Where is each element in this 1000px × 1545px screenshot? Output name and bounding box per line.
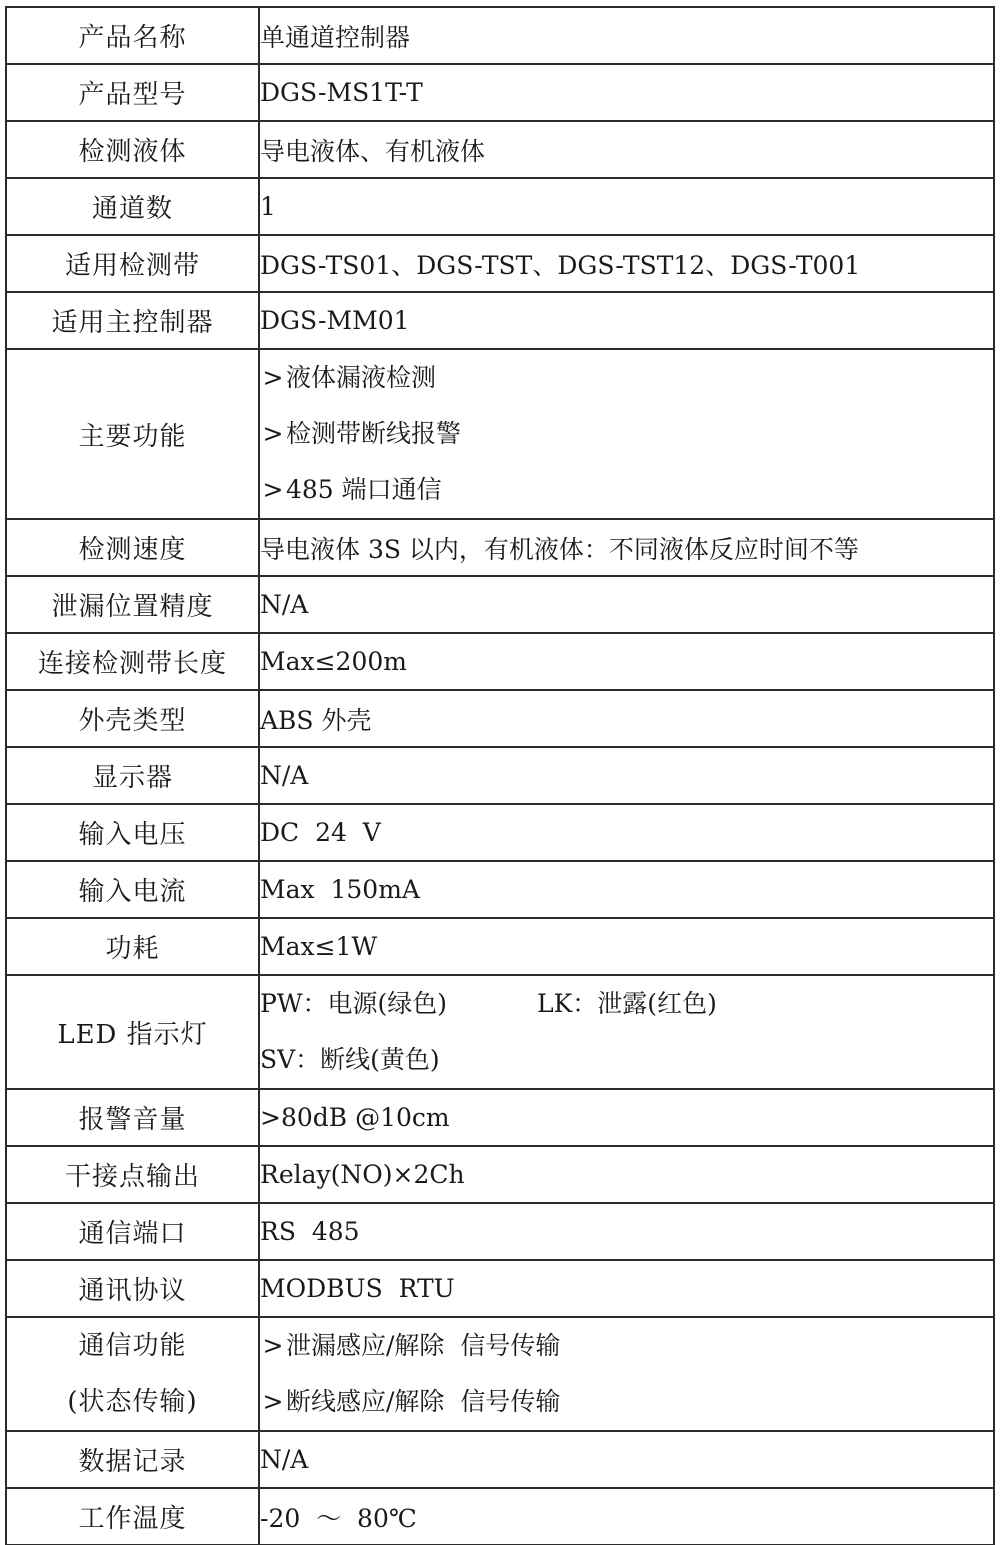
spec-row-display: 显示器 N/A xyxy=(6,747,994,804)
spec-label: LED 指示灯 xyxy=(6,975,259,1089)
comm-function-item: >泄漏感应/解除 信号传输 xyxy=(260,1318,993,1374)
spec-value-list: >液体漏液检测 >检测带断线报警 >485 端口通信 xyxy=(259,349,994,519)
spec-value: DC 24 V xyxy=(259,804,994,861)
spec-value: N/A xyxy=(259,1431,994,1488)
spec-row-detect-speed: 检测速度 导电液体 3S 以内，有机液体：不同液体反应时间不等 xyxy=(6,519,994,576)
spec-row-product-name: 产品名称 单通道控制器 xyxy=(6,7,994,64)
spec-label: 外壳类型 xyxy=(6,690,259,747)
spec-row-dry-contact: 干接点输出 Relay(NO)×2Ch xyxy=(6,1146,994,1203)
spec-label: 数据记录 xyxy=(6,1431,259,1488)
spec-value: >80dB @10cm xyxy=(259,1089,994,1146)
spec-row-master-controller: 适用主控制器 DGS-MM01 xyxy=(6,292,994,349)
spec-value: DGS-MM01 xyxy=(259,292,994,349)
spec-row-input-voltage: 输入电压 DC 24 V xyxy=(6,804,994,861)
spec-value: RS 485 xyxy=(259,1203,994,1260)
spec-row-enclosure: 外壳类型 ABS 外壳 xyxy=(6,690,994,747)
spec-value: Max≤1W xyxy=(259,918,994,975)
spec-value-list: >泄漏感应/解除 信号传输 >断线感应/解除 信号传输 xyxy=(259,1317,994,1431)
spec-row-comm-port: 通信端口 RS 485 xyxy=(6,1203,994,1260)
spec-label: 功耗 xyxy=(6,918,259,975)
spec-value: DGS-MS1T-T xyxy=(259,64,994,121)
spec-row-led: LED 指示灯 PW：电源(绿色)LK：泄露(红色) SV：断线(黄色) xyxy=(6,975,994,1089)
spec-row-data-logging: 数据记录 N/A xyxy=(6,1431,994,1488)
spec-label: 工作温度 xyxy=(6,1488,259,1545)
led-line: SV：断线(黄色) xyxy=(260,1032,993,1088)
spec-row-model: 产品型号 DGS-MS1T-T xyxy=(6,64,994,121)
spec-value: N/A xyxy=(259,747,994,804)
spec-label: 报警音量 xyxy=(6,1089,259,1146)
chevron-right-icon: > xyxy=(260,1318,286,1374)
spec-row-main-functions: 主要功能 >液体漏液检测 >检测带断线报警 >485 端口通信 xyxy=(6,349,994,519)
spec-value: Relay(NO)×2Ch xyxy=(259,1146,994,1203)
chevron-right-icon: > xyxy=(260,462,286,518)
spec-label: 干接点输出 xyxy=(6,1146,259,1203)
spec-value: ABS 外壳 xyxy=(259,690,994,747)
product-spec-table: 产品名称 单通道控制器 产品型号 DGS-MS1T-T 检测液体 导电液体、有机… xyxy=(5,6,995,1545)
function-item: >485 端口通信 xyxy=(260,462,993,518)
spec-value: 导电液体、有机液体 xyxy=(259,121,994,178)
spec-label: 产品名称 xyxy=(6,7,259,64)
spec-label: 连接检测带长度 xyxy=(6,633,259,690)
spec-label: 显示器 xyxy=(6,747,259,804)
function-item: >液体漏液检测 xyxy=(260,350,993,406)
spec-label: 通信功能 (状态传输) xyxy=(6,1317,259,1431)
spec-row-sensor-cable: 适用检测带 DGS-TS01、DGS-TST、DGS-TST12、DGS-T00… xyxy=(6,235,994,292)
spec-label: 通讯协议 xyxy=(6,1260,259,1317)
chevron-right-icon: > xyxy=(260,406,286,462)
spec-row-cable-length: 连接检测带长度 Max≤200m xyxy=(6,633,994,690)
spec-row-detect-liquid: 检测液体 导电液体、有机液体 xyxy=(6,121,994,178)
spec-value: -20 ～ 80℃ xyxy=(259,1488,994,1545)
spec-value: 1 xyxy=(259,178,994,235)
spec-label: 泄漏位置精度 xyxy=(6,576,259,633)
spec-label: 检测速度 xyxy=(6,519,259,576)
spec-value: 单通道控制器 xyxy=(259,7,994,64)
spec-row-operating-temp: 工作温度 -20 ～ 80℃ xyxy=(6,1488,994,1545)
spec-label: 适用检测带 xyxy=(6,235,259,292)
spec-row-alarm-volume: 报警音量 >80dB @10cm xyxy=(6,1089,994,1146)
spec-value: Max≤200m xyxy=(259,633,994,690)
spec-value: 导电液体 3S 以内，有机液体：不同液体反应时间不等 xyxy=(259,519,994,576)
spec-label: 检测液体 xyxy=(6,121,259,178)
spec-label: 通道数 xyxy=(6,178,259,235)
spec-row-channels: 通道数 1 xyxy=(6,178,994,235)
spec-label: 通信端口 xyxy=(6,1203,259,1260)
led-leak: LK：泄露(红色) xyxy=(537,976,717,1032)
spec-label: 产品型号 xyxy=(6,64,259,121)
spec-label: 适用主控制器 xyxy=(6,292,259,349)
led-break: SV：断线(黄色) xyxy=(260,1032,440,1088)
spec-value: DGS-TS01、DGS-TST、DGS-TST12、DGS-T001 xyxy=(259,235,994,292)
spec-row-protocol: 通讯协议 MODBUS RTU xyxy=(6,1260,994,1317)
spec-row-input-current: 输入电流 Max 150mA xyxy=(6,861,994,918)
spec-value: MODBUS RTU xyxy=(259,1260,994,1317)
spec-value: N/A xyxy=(259,576,994,633)
comm-function-item: >断线感应/解除 信号传输 xyxy=(260,1374,993,1430)
function-item: >检测带断线报警 xyxy=(260,406,993,462)
led-line: PW：电源(绿色)LK：泄露(红色) xyxy=(260,976,993,1032)
chevron-right-icon: > xyxy=(260,1374,286,1430)
spec-label: 主要功能 xyxy=(6,349,259,519)
led-power: PW：电源(绿色) xyxy=(260,976,447,1032)
chevron-right-icon: > xyxy=(260,350,286,406)
spec-row-leak-accuracy: 泄漏位置精度 N/A xyxy=(6,576,994,633)
spec-row-comm-functions: 通信功能 (状态传输) >泄漏感应/解除 信号传输 >断线感应/解除 信号传输 xyxy=(6,1317,994,1431)
spec-value: Max 150mA xyxy=(259,861,994,918)
spec-value-led: PW：电源(绿色)LK：泄露(红色) SV：断线(黄色) xyxy=(259,975,994,1089)
spec-label: 输入电压 xyxy=(6,804,259,861)
spec-label: 输入电流 xyxy=(6,861,259,918)
spec-row-power: 功耗 Max≤1W xyxy=(6,918,994,975)
